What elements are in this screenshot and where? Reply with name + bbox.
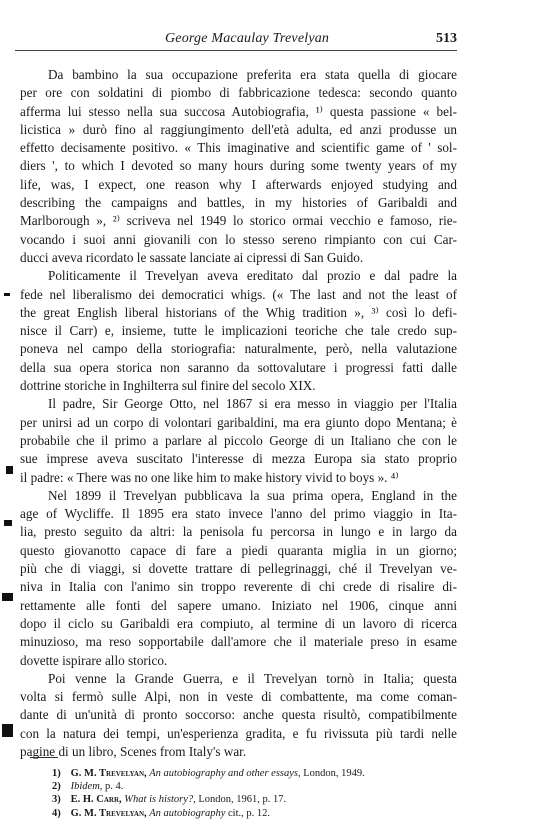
text-line: Nel 1899 il Trevelyan pubblicava la sua … [20, 487, 457, 505]
text-line: dante di un'unità di pronto soccorso: an… [20, 706, 457, 724]
text-line: questo giovanotto capace di fare a piedi… [20, 542, 457, 560]
body-text: Da bambino la sua occupazione preferita … [20, 66, 457, 761]
text-line: nisce il Carr) e, insieme, tutte le impl… [20, 322, 457, 340]
text-line: probabile che il primo a parlare al picc… [20, 432, 457, 450]
margin-mark [2, 724, 13, 737]
text-line: licistica » durò fino al raggiungimento … [20, 121, 457, 139]
footnotes: 1) G. M. Trevelyan, An autobiography and… [52, 767, 365, 820]
footnote-2: 2) Ibidem, p. 4. [52, 780, 365, 793]
text-line: più che di viaggi, si dovette trattare d… [20, 560, 457, 578]
text-line: Marlborough », ²⁾ scriveva nel 1949 lo s… [20, 212, 457, 230]
text-line: the great English liberal historians of … [20, 304, 457, 322]
text-line: minuzioso, ma reso sopportabile dall'amo… [20, 633, 457, 651]
text-line: Politicamente il Trevelyan aveva eredita… [20, 267, 457, 285]
text-line: effetto decisamente positivo. « This ima… [20, 139, 457, 157]
text-line: il padre: « There was no one like him to… [20, 469, 457, 487]
text-line: dovette ispirare allo storico. [20, 652, 457, 670]
footnote-4: 4) G. M. Trevelyan, An autobiography cit… [52, 807, 365, 820]
paragraph-5: Poi venne la Grande Guerra, e il Trevely… [20, 670, 457, 761]
header-rule [15, 50, 457, 51]
margin-mark [4, 520, 12, 526]
text-line: lia, presto seguito da altri: la penisol… [20, 523, 457, 541]
text-line: afferma lui stesso nella sua succosa Aut… [20, 103, 457, 121]
margin-mark [4, 293, 10, 296]
text-line: age of Wycliffe. Il 1895 era stato invec… [20, 505, 457, 523]
paragraph-2: Politicamente il Trevelyan aveva eredita… [20, 267, 457, 395]
text-line: vocando i suoi anni giovanili con lo ste… [20, 231, 457, 249]
footnote-1: 1) G. M. Trevelyan, An autobiography and… [52, 767, 365, 780]
footnote-3: 3) E. H. Carr, What is history?, London,… [52, 793, 365, 806]
paragraph-3: Il padre, Sir George Otto, nel 1867 si e… [20, 395, 457, 486]
text-line: niva in Italia con l'animo sin troppo re… [20, 578, 457, 596]
running-title: George Macaulay Trevelyan [165, 31, 329, 47]
margin-mark [6, 466, 13, 474]
text-line: diers ', to which I devoted so many hour… [20, 157, 457, 175]
paragraph-1: Da bambino la sua occupazione preferita … [20, 66, 457, 267]
text-line: Poi venne la Grande Guerra, e il Trevely… [20, 670, 457, 688]
text-line: dottrine storiche in Inghilterra sul fin… [20, 377, 457, 395]
text-line: con la natura dei tempi, un'esperienza g… [20, 725, 457, 743]
text-line: della sua opera storica non saranno da s… [20, 359, 457, 377]
text-line: describing the campaigns and battles, in… [20, 194, 457, 212]
page-number: 513 [436, 31, 457, 47]
text-line: rettamente alle fonti del sapere umano. … [20, 597, 457, 615]
text-line: pagine di un libro, Scenes from Italy's … [20, 743, 457, 761]
text-line: volta si fermò sulle Alpi, non in veste … [20, 688, 457, 706]
paragraph-4: Nel 1899 il Trevelyan pubblicava la sua … [20, 487, 457, 670]
text-line: ducci aveva ricordato le sassate lanciat… [20, 249, 457, 267]
text-line: dopo il ciclo su Garibaldi era compiuto,… [20, 615, 457, 633]
text-line: life, was, I expect, one reason why I af… [20, 176, 457, 194]
text-line: Da bambino la sua occupazione preferita … [20, 66, 457, 84]
text-line: sue imprese aveva suscitato l'interesse … [20, 450, 457, 468]
text-line: poneva nel campo della storiografia: nat… [20, 340, 457, 358]
text-line: per ore con soldatini di piombo di fabbr… [20, 84, 457, 102]
margin-mark [2, 593, 13, 601]
text-line: per unirsi ad un corpo di volontari gari… [20, 414, 457, 432]
text-line: Il padre, Sir George Otto, nel 1867 si e… [20, 395, 457, 413]
footnote-rule [30, 757, 58, 758]
page-header: George Macaulay Trevelyan 513 [15, 28, 457, 50]
text-line: fede nel liberalismo dei democratici whi… [20, 286, 457, 304]
